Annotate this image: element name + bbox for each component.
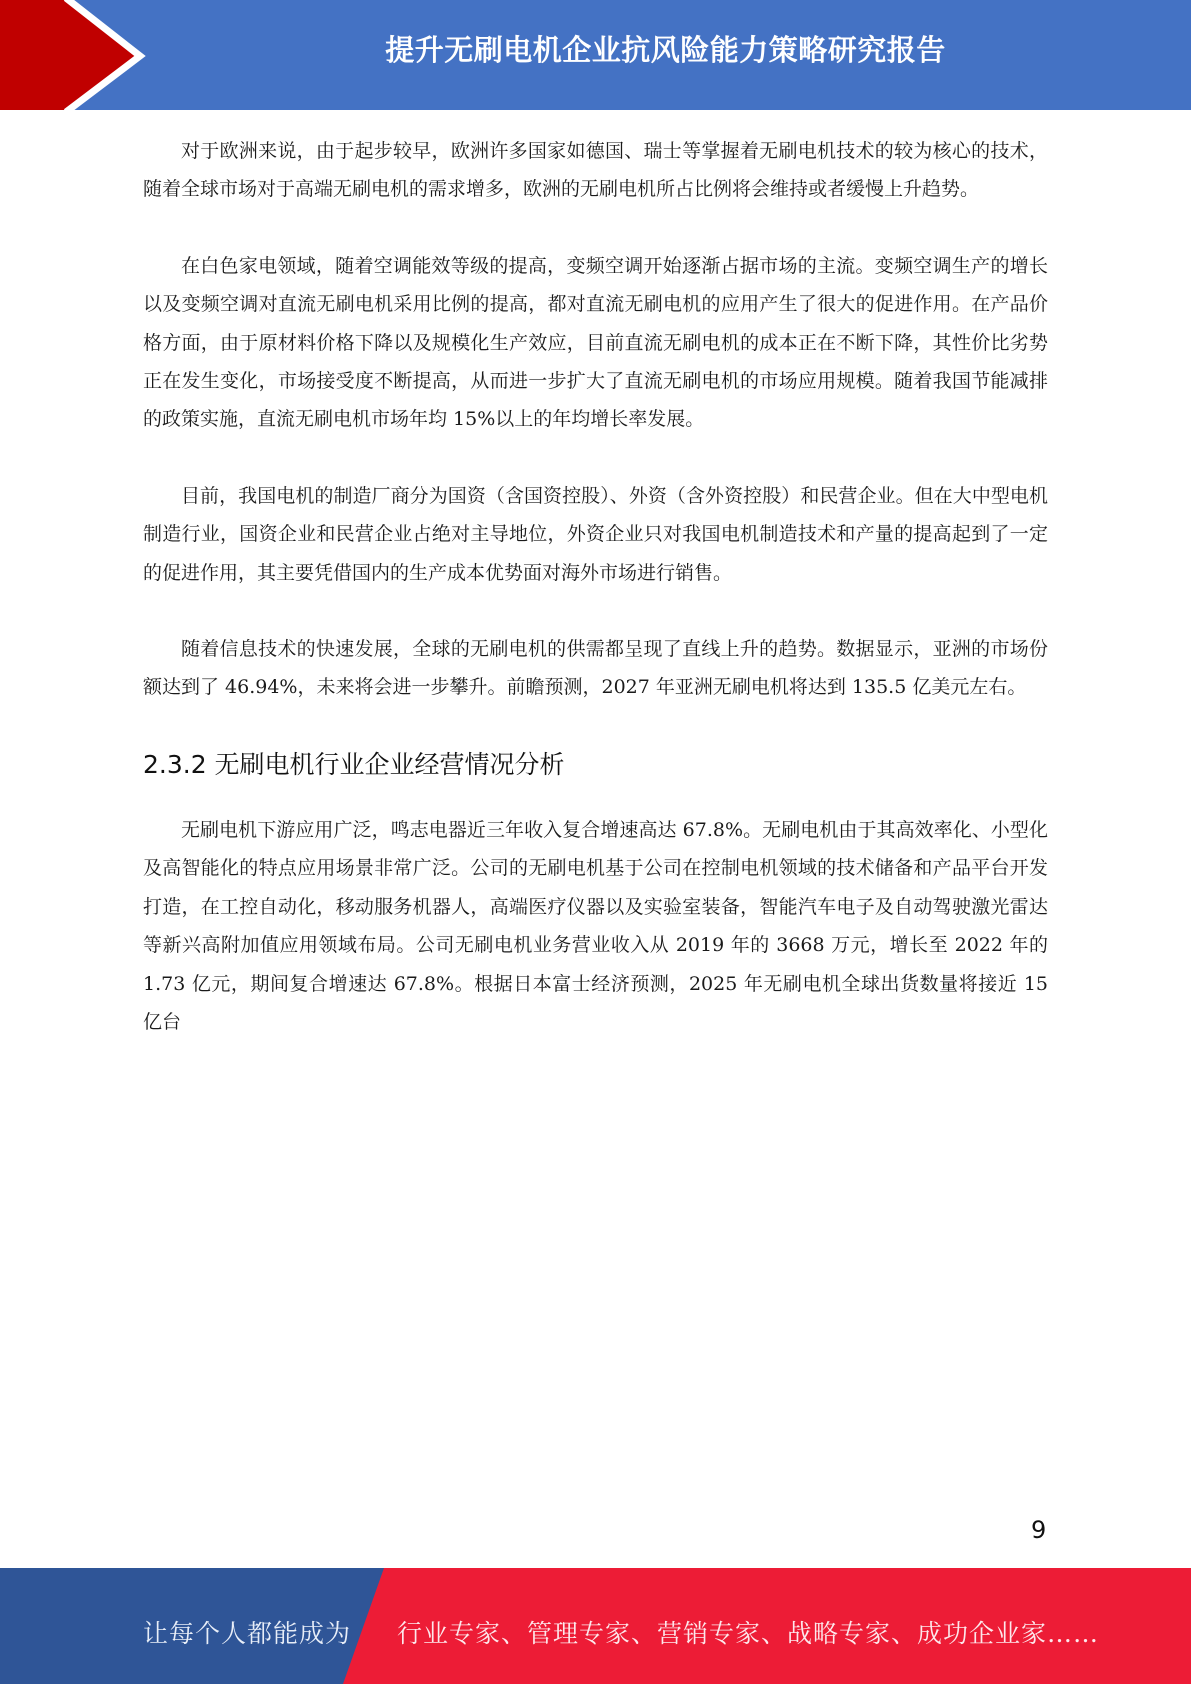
- footer-slogan-left: 让每个人都能成为: [143, 1614, 351, 1650]
- page-header-band: 提升无刷电机企业抗风险能力策略研究报告: [0, 0, 1191, 110]
- report-title: 提升无刷电机企业抗风险能力策略研究报告: [0, 28, 1191, 69]
- page-footer-band: 让每个人都能成为 行业专家、管理专家、营销专家、战略专家、成功企业家……: [0, 1568, 1191, 1684]
- section-heading: 2.3.2 无刷电机行业企业经营情况分析: [143, 745, 1048, 781]
- paragraph-asia-market: 随着信息技术的快速发展，全球的无刷电机的供需都呈现了直线上升的趋势。数据显示，亚…: [143, 630, 1048, 707]
- document-body: 对于欧洲来说，由于起步较早，欧洲许多国家如德国、瑞士等掌握着无刷电机技术的较为核…: [143, 132, 1048, 1079]
- paragraph-enterprise-analysis: 无刷电机下游应用广泛，鸣志电器近三年收入复合增速高达 67.8%。无刷电机由于其…: [143, 811, 1048, 1041]
- page-number: 9: [1031, 1516, 1046, 1544]
- footer-slogan-right: 行业专家、管理专家、营销专家、战略专家、成功企业家……: [397, 1614, 1099, 1650]
- paragraph-europe: 对于欧洲来说，由于起步较早，欧洲许多国家如德国、瑞士等掌握着无刷电机技术的较为核…: [143, 132, 1048, 209]
- paragraph-white-goods: 在白色家电领域，随着空调能效等级的提高，变频空调开始逐渐占据市场的主流。变频空调…: [143, 247, 1048, 439]
- paragraph-manufacturers: 目前，我国电机的制造厂商分为国资（含国资控股）、外资（含外资控股）和民营企业。但…: [143, 477, 1048, 592]
